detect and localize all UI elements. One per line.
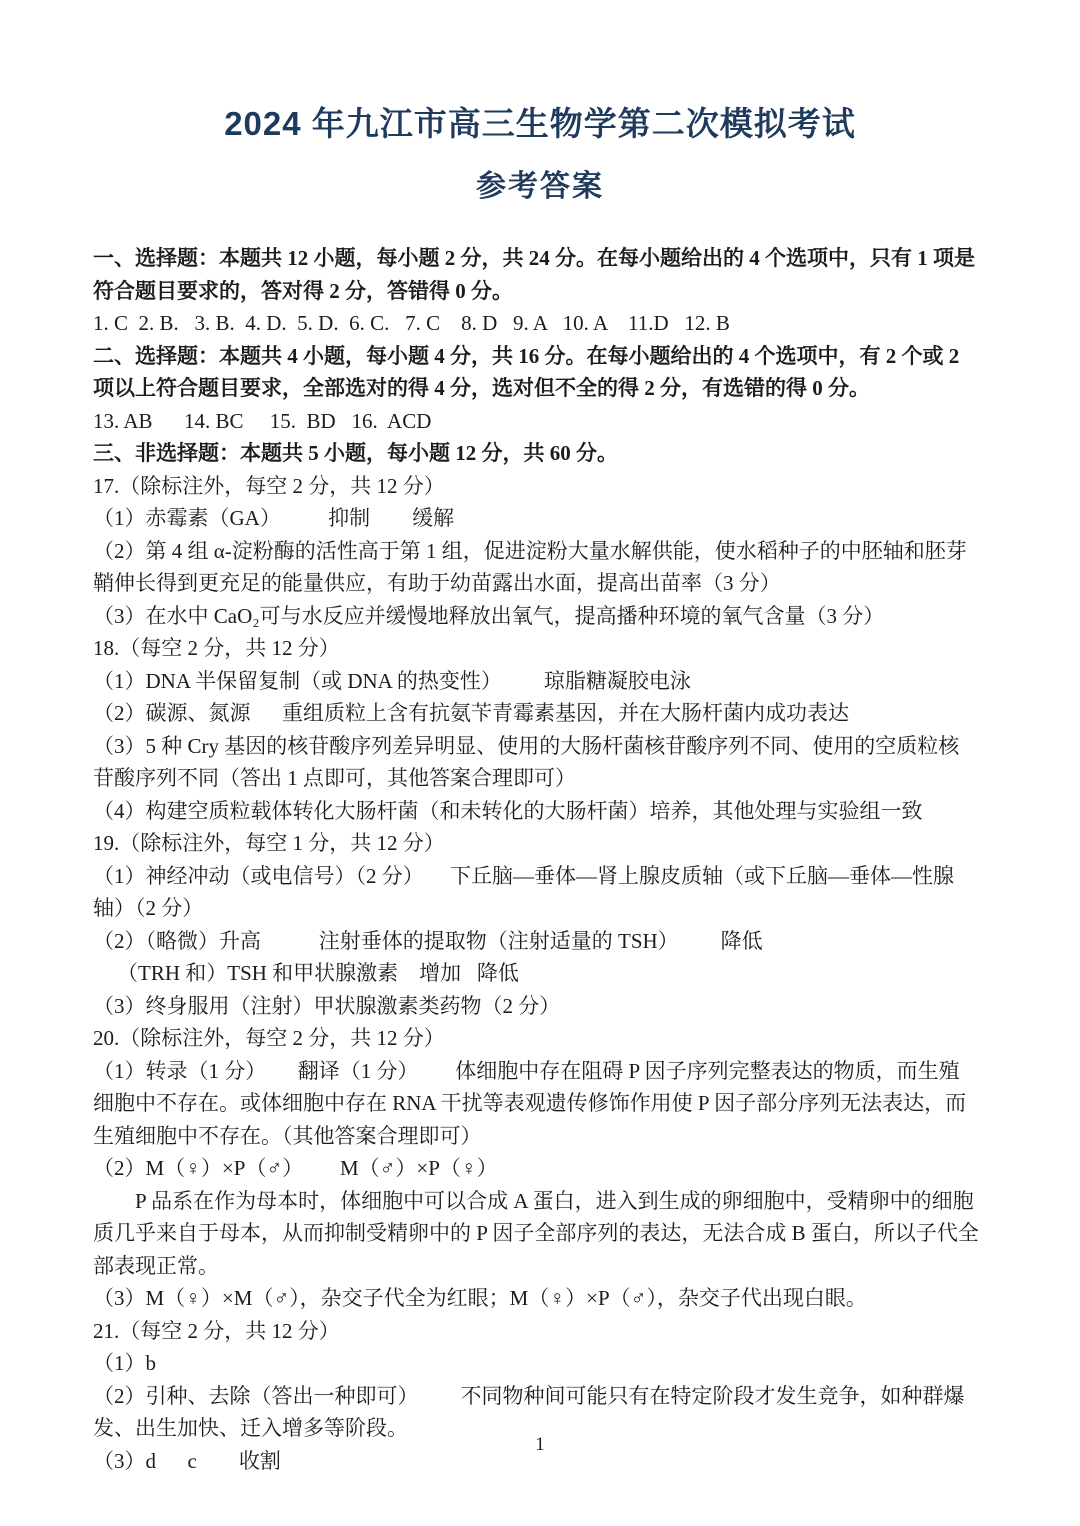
answers-1-12: 1. C 2. B. 3. B. 4. D. 5. D. 6. C. 7. C … [93, 307, 980, 340]
page-title: 2024 年九江市高三生物学第二次模拟考试 [0, 0, 1080, 145]
page-number: 1 [0, 1434, 1080, 1456]
q21-answer-1: （1）b [93, 1347, 980, 1380]
answers-13-16: 13. AB 14. BC 15. BD 16. ACD [93, 405, 980, 438]
q20-answer-1: （1）转录（1 分） 翻译（1 分） 体细胞中存在阻碍 P 因子序列完整表达的物… [93, 1055, 980, 1153]
q17-header: 17.（除标注外，每空 2 分，共 12 分） [93, 470, 980, 503]
q18-answer-4: （4）构建空质粒载体转化大肠杆菌（和未转化的大肠杆菌）培养，其他处理与实验组一致 [93, 795, 980, 828]
answer-content: 一、选择题：本题共 12 小题，每小题 2 分，共 24 分。在每小题给出的 4… [93, 242, 980, 1477]
q19-header: 19.（除标注外，每空 1 分，共 12 分） [93, 827, 980, 860]
section-multiple-choice-1-header: 一、选择题：本题共 12 小题，每小题 2 分，共 24 分。在每小题给出的 4… [93, 242, 980, 307]
exam-answer-page: 2024 年九江市高三生物学第二次模拟考试 参考答案 一、选择题：本题共 12 … [0, 0, 1080, 1526]
q18-answer-1: （1）DNA 半保留复制（或 DNA 的热变性） 琼脂糖凝胶电泳 [93, 665, 980, 698]
q17-answer-1: （1）赤霉素（GA） 抑制 缓解 [93, 502, 980, 535]
q20-answer-2: （2）M（♀）×P（♂） M（♂）×P（♀） [93, 1152, 980, 1185]
section-multiple-choice-2-header: 二、选择题：本题共 4 小题，每小题 4 分，共 16 分。在每小题给出的 4 … [93, 340, 980, 405]
q19-answer-2-continued: （TRH 和）TSH 和甲状腺激素 增加 降低 [93, 957, 980, 990]
section-non-choice-header: 三、非选择题：本题共 5 小题，每小题 12 分，共 60 分。 [93, 437, 980, 470]
q17-answer-2: （2）第 4 组 α-淀粉酶的活性高于第 1 组，促进淀粉大量水解供能，使水稻种… [93, 535, 980, 600]
q18-header: 18.（每空 2 分，共 12 分） [93, 632, 980, 665]
q21-header: 21.（每空 2 分，共 12 分） [93, 1315, 980, 1348]
q18-answer-2: （2）碳源、氮源 重组质粒上含有抗氨苄青霉素基因，并在大肠杆菌内成功表达 [93, 697, 980, 730]
q19-answer-2: （2）（略微）升高 注射垂体的提取物（注射适量的 TSH） 降低 [93, 925, 980, 958]
q17-answer-3: （3）在水中 CaO₂可与水反应并缓慢地释放出氧气，提高播种环境的氧气含量（3 … [93, 600, 980, 633]
q18-answer-3: （3）5 种 Cry 基因的核苷酸序列差异明显、使用的大肠杆菌核苷酸序列不同、使… [93, 730, 980, 795]
q20-header: 20.（除标注外，每空 2 分，共 12 分） [93, 1022, 980, 1055]
page-subtitle: 参考答案 [0, 161, 1080, 205]
q20-answer-3: （3）M（♀）×M（♂），杂交子代全为红眼；M（♀）×P（♂），杂交子代出现白眼… [93, 1282, 980, 1315]
q19-answer-1: （1）神经冲动（或电信号）（2 分） 下丘脑—垂体—肾上腺皮质轴（或下丘脑—垂体… [93, 860, 980, 925]
q19-answer-3: （3）终身服用（注射）甲状腺激素类药物（2 分） [93, 990, 980, 1023]
q20-answer-2-explanation: P 品系在作为母本时，体细胞中可以合成 A 蛋白，进入到生成的卵细胞中，受精卵中… [93, 1185, 980, 1283]
